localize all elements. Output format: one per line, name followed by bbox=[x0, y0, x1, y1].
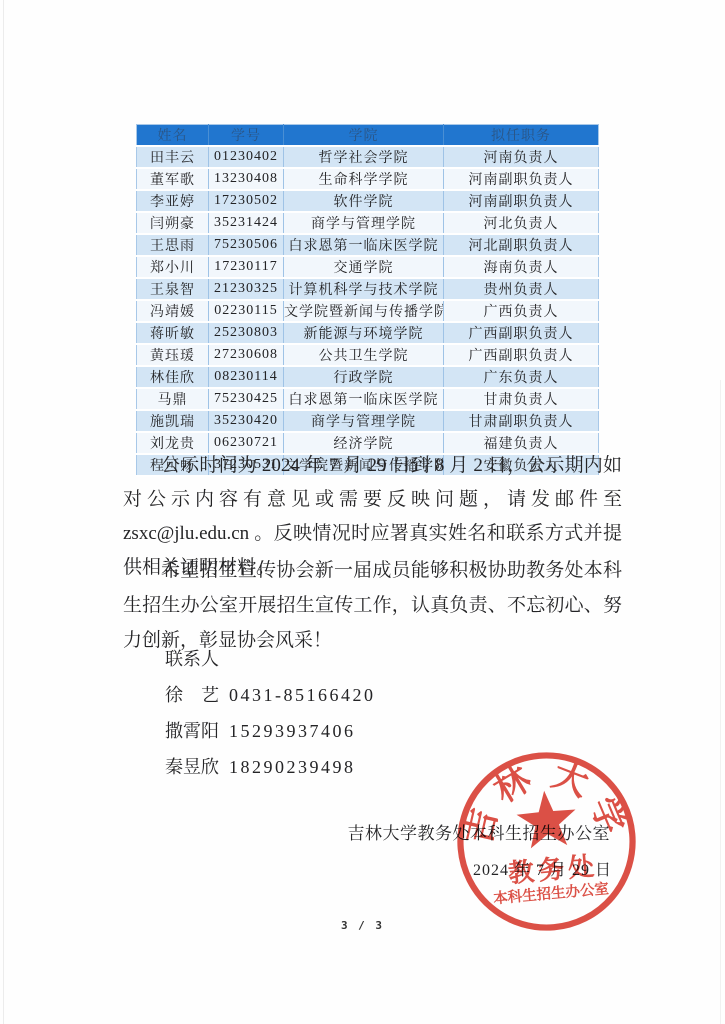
table-cell: 蒋昕敏 bbox=[137, 322, 209, 344]
table-cell: 27230608 bbox=[209, 344, 284, 366]
contact-line: 撒霄阳15293937406 bbox=[165, 713, 376, 749]
table-row: 冯靖媛02230115文学院暨新闻与传播学院广西负责人 bbox=[137, 300, 599, 322]
table-cell: 广西副职负责人 bbox=[444, 344, 599, 366]
signature-date: 2024 年 7 月 29 日 bbox=[473, 857, 612, 880]
contact-phone: 15293937406 bbox=[229, 721, 356, 741]
table-cell: 文学院暨新闻与传播学院 bbox=[284, 300, 444, 322]
table-cell: 广西负责人 bbox=[444, 300, 599, 322]
table-cell: 21230325 bbox=[209, 278, 284, 300]
table-cell: 河南副职负责人 bbox=[444, 190, 599, 212]
table-cell: 哲学社会学院 bbox=[284, 146, 444, 168]
table-cell: 商学与管理学院 bbox=[284, 212, 444, 234]
table-cell: 河南负责人 bbox=[444, 146, 599, 168]
table-cell: 河北负责人 bbox=[444, 212, 599, 234]
contact-line: 徐 艺0431-85166420 bbox=[165, 677, 376, 713]
seal-arc-char: 林 bbox=[487, 758, 538, 810]
table-cell: 13230408 bbox=[209, 168, 284, 190]
seal-center-line2: 本科生招生办公室 bbox=[492, 879, 610, 907]
member-table: 姓名学号学院拟任职务 田丰云01230402哲学社会学院河南负责人董军歌1323… bbox=[136, 124, 599, 477]
table-cell: 新能源与环境学院 bbox=[284, 322, 444, 344]
table-cell: 王思雨 bbox=[137, 234, 209, 256]
contact-phone: 0431-85166420 bbox=[229, 685, 376, 705]
table-row: 田丰云01230402哲学社会学院河南负责人 bbox=[137, 146, 599, 168]
contact-name: 秦昱欣 bbox=[165, 749, 229, 785]
table-cell: 王泉智 bbox=[137, 278, 209, 300]
contact-list: 徐 艺0431-85166420撒霄阳15293937406秦昱欣1829023… bbox=[165, 677, 376, 785]
table-cell: 软件学院 bbox=[284, 190, 444, 212]
scanned-page: 姓名学号学院拟任职务 田丰云01230402哲学社会学院河南负责人董军歌1323… bbox=[0, 0, 725, 1024]
table-cell: 海南负责人 bbox=[444, 256, 599, 278]
table-cell: 02230115 bbox=[209, 300, 284, 322]
contacts-title: 联系人 bbox=[165, 641, 376, 677]
table-cell: 01230402 bbox=[209, 146, 284, 168]
table-row: 王思雨75230506白求恩第一临床医学院河北副职负责人 bbox=[137, 234, 599, 256]
table-row: 李亚婷17230502软件学院河南副职负责人 bbox=[137, 190, 599, 212]
table-row: 郑小川17230117交通学院海南负责人 bbox=[137, 256, 599, 278]
table-cell: 75230425 bbox=[209, 388, 284, 410]
table-cell: 甘肃副职负责人 bbox=[444, 410, 599, 432]
table-cell: 75230506 bbox=[209, 234, 284, 256]
table-cell: 郑小川 bbox=[137, 256, 209, 278]
table-row: 闫朔豪35231424商学与管理学院河北负责人 bbox=[137, 212, 599, 234]
table-cell: 河北副职负责人 bbox=[444, 234, 599, 256]
signature-org: 吉林大学教务处本科生招生办公室 bbox=[348, 819, 611, 844]
table-cell: 贵州负责人 bbox=[444, 278, 599, 300]
table-cell: 交通学院 bbox=[284, 256, 444, 278]
table-cell: 35231424 bbox=[209, 212, 284, 234]
table-cell: 商学与管理学院 bbox=[284, 410, 444, 432]
table-row: 黄珏瑗27230608公共卫生学院广西副职负责人 bbox=[137, 344, 599, 366]
table-header-cell: 学号 bbox=[209, 125, 284, 147]
table-cell: 施凯瑞 bbox=[137, 410, 209, 432]
table-row: 王泉智21230325计算机科学与技术学院贵州负责人 bbox=[137, 278, 599, 300]
table-cell: 公共卫生学院 bbox=[284, 344, 444, 366]
table-cell: 17230117 bbox=[209, 256, 284, 278]
table-row: 施凯瑞35230420商学与管理学院甘肃副职负责人 bbox=[137, 410, 599, 432]
scan-edge-artifact-left bbox=[3, 0, 4, 1024]
table-row: 董军歌13230408生命科学学院河南副职负责人 bbox=[137, 168, 599, 190]
table-cell: 计算机科学与技术学院 bbox=[284, 278, 444, 300]
table-cell: 马鼎 bbox=[137, 388, 209, 410]
table-cell: 行政学院 bbox=[284, 366, 444, 388]
table-cell: 林佳欣 bbox=[137, 366, 209, 388]
contacts-block: 联系人 徐 艺0431-85166420撒霄阳15293937406秦昱欣182… bbox=[165, 641, 376, 785]
table-header-cell: 姓名 bbox=[137, 125, 209, 147]
member-table-body: 田丰云01230402哲学社会学院河南负责人董军歌13230408生命科学学院河… bbox=[137, 146, 599, 476]
contact-phone: 18290239498 bbox=[229, 757, 356, 777]
table-cell: 冯靖媛 bbox=[137, 300, 209, 322]
table-cell: 广东负责人 bbox=[444, 366, 599, 388]
table-cell: 闫朔豪 bbox=[137, 212, 209, 234]
page-number: 3 / 3 bbox=[0, 919, 725, 932]
table-cell: 35230420 bbox=[209, 410, 284, 432]
table-cell: 甘肃负责人 bbox=[444, 388, 599, 410]
table-cell: 08230114 bbox=[209, 366, 284, 388]
table-cell: 生命科学学院 bbox=[284, 168, 444, 190]
table-header-row: 姓名学号学院拟任职务 bbox=[137, 125, 599, 147]
table-row: 林佳欣08230114行政学院广东负责人 bbox=[137, 366, 599, 388]
contact-line: 秦昱欣18290239498 bbox=[165, 749, 376, 785]
table-cell: 河南副职负责人 bbox=[444, 168, 599, 190]
table-row: 马鼎75230425白求恩第一临床医学院甘肃负责人 bbox=[137, 388, 599, 410]
table-cell: 25230803 bbox=[209, 322, 284, 344]
table-header-cell: 拟任职务 bbox=[444, 125, 599, 147]
table-cell: 白求恩第一临床医学院 bbox=[284, 388, 444, 410]
table-cell: 17230502 bbox=[209, 190, 284, 212]
table-cell: 广西副职负责人 bbox=[444, 322, 599, 344]
table-cell: 白求恩第一临床医学院 bbox=[284, 234, 444, 256]
table-cell: 田丰云 bbox=[137, 146, 209, 168]
table-cell: 黄珏瑗 bbox=[137, 344, 209, 366]
contact-name: 撒霄阳 bbox=[165, 713, 229, 749]
table-row: 蒋昕敏25230803新能源与环境学院广西副职负责人 bbox=[137, 322, 599, 344]
seal-arc-char: 大 bbox=[547, 755, 594, 804]
table-cell: 董军歌 bbox=[137, 168, 209, 190]
table-header-cell: 学院 bbox=[284, 125, 444, 147]
table-cell: 李亚婷 bbox=[137, 190, 209, 212]
contact-name: 徐 艺 bbox=[165, 677, 229, 713]
